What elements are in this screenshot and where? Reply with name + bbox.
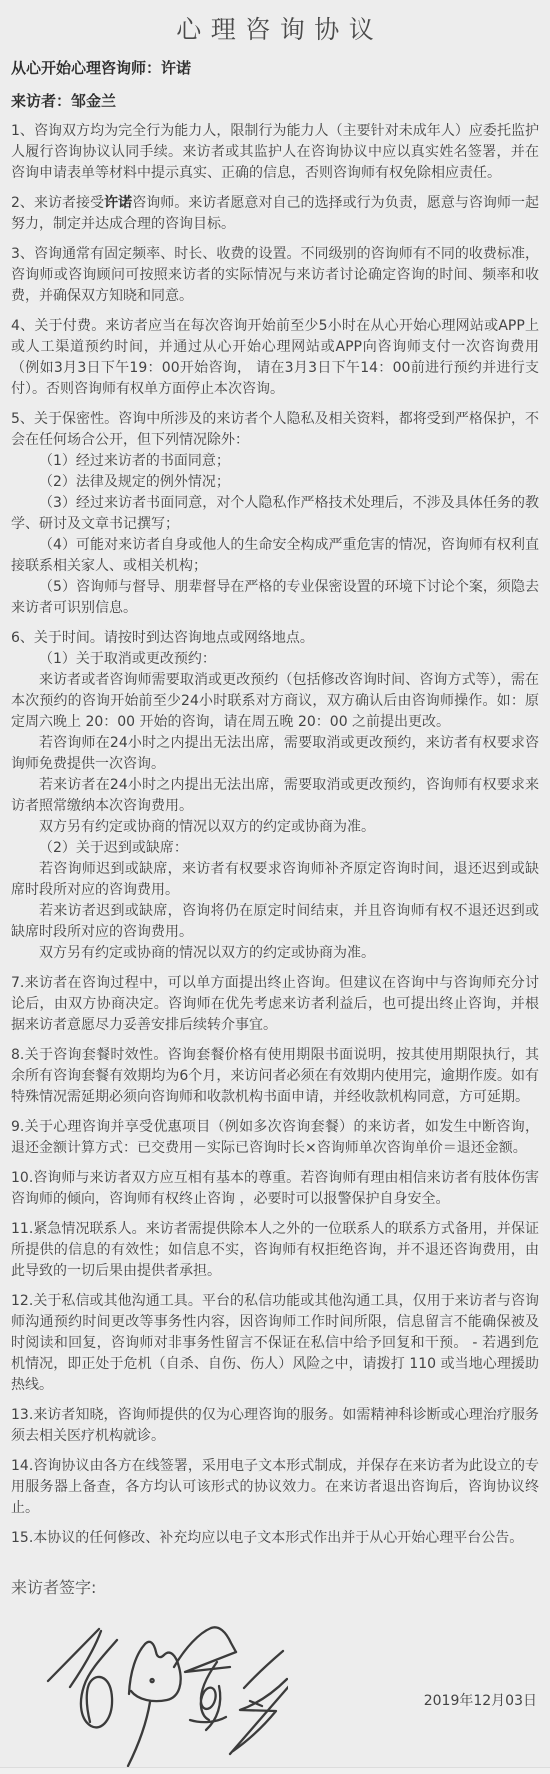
clause-paragraph: （1）经过来访者的书面同意； — [11, 451, 539, 472]
clause-paragraph: 11.紧急情况联系人。来访者需提供除本人之外的一位联系人的联系方式备用，并保证所… — [11, 1219, 539, 1282]
clause-paragraph: 13.来访者知晓，咨询师提供的仅为心理咨询的服务。如需精神科诊断或心理治疗服务须… — [11, 1405, 539, 1447]
clause-paragraph: （5）咨询师与督导、朋辈督导在严格的专业保密设置的环境下讨论个案，须隐去来访者可… — [11, 577, 539, 619]
clause-paragraph: （4）可能对来访者自身或他人的生命安全构成严重危害的情况，咨询师有权利直接联系相… — [11, 535, 539, 577]
clause-paragraph: 5、关于保密性。咨询中所涉及的来访者个人隐私及相关资料，都将受到严格保护，不会在… — [11, 409, 539, 451]
clause-paragraph: 若咨询师在24小时之内提出无法出席，需要取消或更改预约，来访者有权要求咨询师免费… — [11, 733, 539, 775]
clause-paragraph: （2）关于迟到或缺席： — [11, 838, 539, 859]
clause-paragraph: 10.咨询师与来访者双方应互相有基本的尊重。若咨询师有理由相信来访者有肢体伤害咨… — [11, 1168, 539, 1210]
clause-paragraph: 1、咨询双方均为完全行为能力人，限制行为能力人（主要针对未成年人）应委托监护人履… — [11, 121, 539, 184]
bottom-divider — [0, 1767, 550, 1774]
agreement-body: 1、咨询双方均为完全行为能力人，限制行为能力人（主要针对未成年人）应委托监护人履… — [11, 121, 539, 1549]
clause-paragraph: 若来访者迟到或缺席，咨询将仍在原定时间结束，并且咨询师有权不退还迟到或缺席时段所… — [11, 901, 539, 943]
clause-paragraph: （1）关于取消或更改预约： — [11, 649, 539, 670]
clause-paragraph: （2）法律及规定的例外情况； — [11, 472, 539, 493]
clause-paragraph: 12.关于私信或其他沟通工具。平台的私信功能或其他沟通工具，仅用于来访者与咨询师… — [11, 1291, 539, 1396]
clause-paragraph: 来访者或者咨询师需要取消或更改预约（包括修改咨询时间、咨询方式等），需在本次预约… — [11, 670, 539, 733]
clause-paragraph: 9.关于心理咨询并享受优惠项目（例如多次咨询套餐）的来访者，如发生中断咨询，退还… — [11, 1117, 539, 1159]
clause-paragraph: 8.关于咨询套餐时效性。咨询套餐价格有使用期限书面说明，按其使用期限执行，其余所… — [11, 1045, 539, 1108]
clause-paragraph: 双方另有约定或协商的情况以双方的约定或协商为准。 — [11, 817, 539, 838]
clause-paragraph: 7.来访者在咨询过程中，可以单方面提出终止咨询。但建议在咨询中与咨询师充分讨论后… — [11, 973, 539, 1036]
clause-paragraph: 14.咨询协议由各方在线签署，采用电子文本形式制成，并保存在来访者为此设立的专用… — [11, 1456, 539, 1519]
counselor-line: 从心开始心理咨询师：许诺 — [11, 58, 539, 79]
clause-paragraph: 15.本协议的任何修改、补充均应以电子文本形式作出并于从心开始心理平台公告。 — [11, 1528, 539, 1549]
clause-paragraph: （3）经过来访者书面同意，对个人隐私作严格技术处理后，不涉及具体任务的教学、研讨… — [11, 493, 539, 535]
clause-paragraph: 若来访者在24小时之内提出无法出席，需要取消或更改预约，咨询师有权要求来访者照常… — [11, 775, 539, 817]
signature-label: 来访者签字: — [11, 1575, 539, 1598]
clause-paragraph: 4、关于付费。来访者应当在每次咨询开始前至少5小时在从心开始心理网站或APP上或… — [11, 316, 539, 400]
agreement-page: 心理咨询协议 从心开始心理咨询师：许诺 来访者：邹金兰 1、咨询双方均为完全行为… — [0, 0, 550, 1774]
agreement-date: 2019年12月03日 — [424, 1690, 537, 1710]
clause-paragraph: 2、来访者接受许诺咨询师。来访者愿意对自己的选择或行为负责，愿意与咨询师一起努力… — [11, 193, 539, 235]
visitor-line: 来访者：邹金兰 — [11, 91, 539, 112]
clause-paragraph: 若咨询师迟到或缺席，来访者有权要求咨询师补齐原定咨询时间，退还迟到或缺席时段所对… — [11, 859, 539, 901]
signature-scribble-icon — [33, 1610, 288, 1774]
clause-paragraph: 6、关于时间。请按时到达咨询地点或网络地点。 — [11, 628, 539, 649]
clause-paragraph: 3、咨询通常有固定频率、时长、收费的设置。不同级别的咨询师有不同的收费标准，咨询… — [11, 244, 539, 307]
page-title: 心理咨询协议 — [11, 10, 539, 46]
clause-paragraph: 双方另有约定或协商的情况以双方的约定或协商为准。 — [11, 943, 539, 964]
